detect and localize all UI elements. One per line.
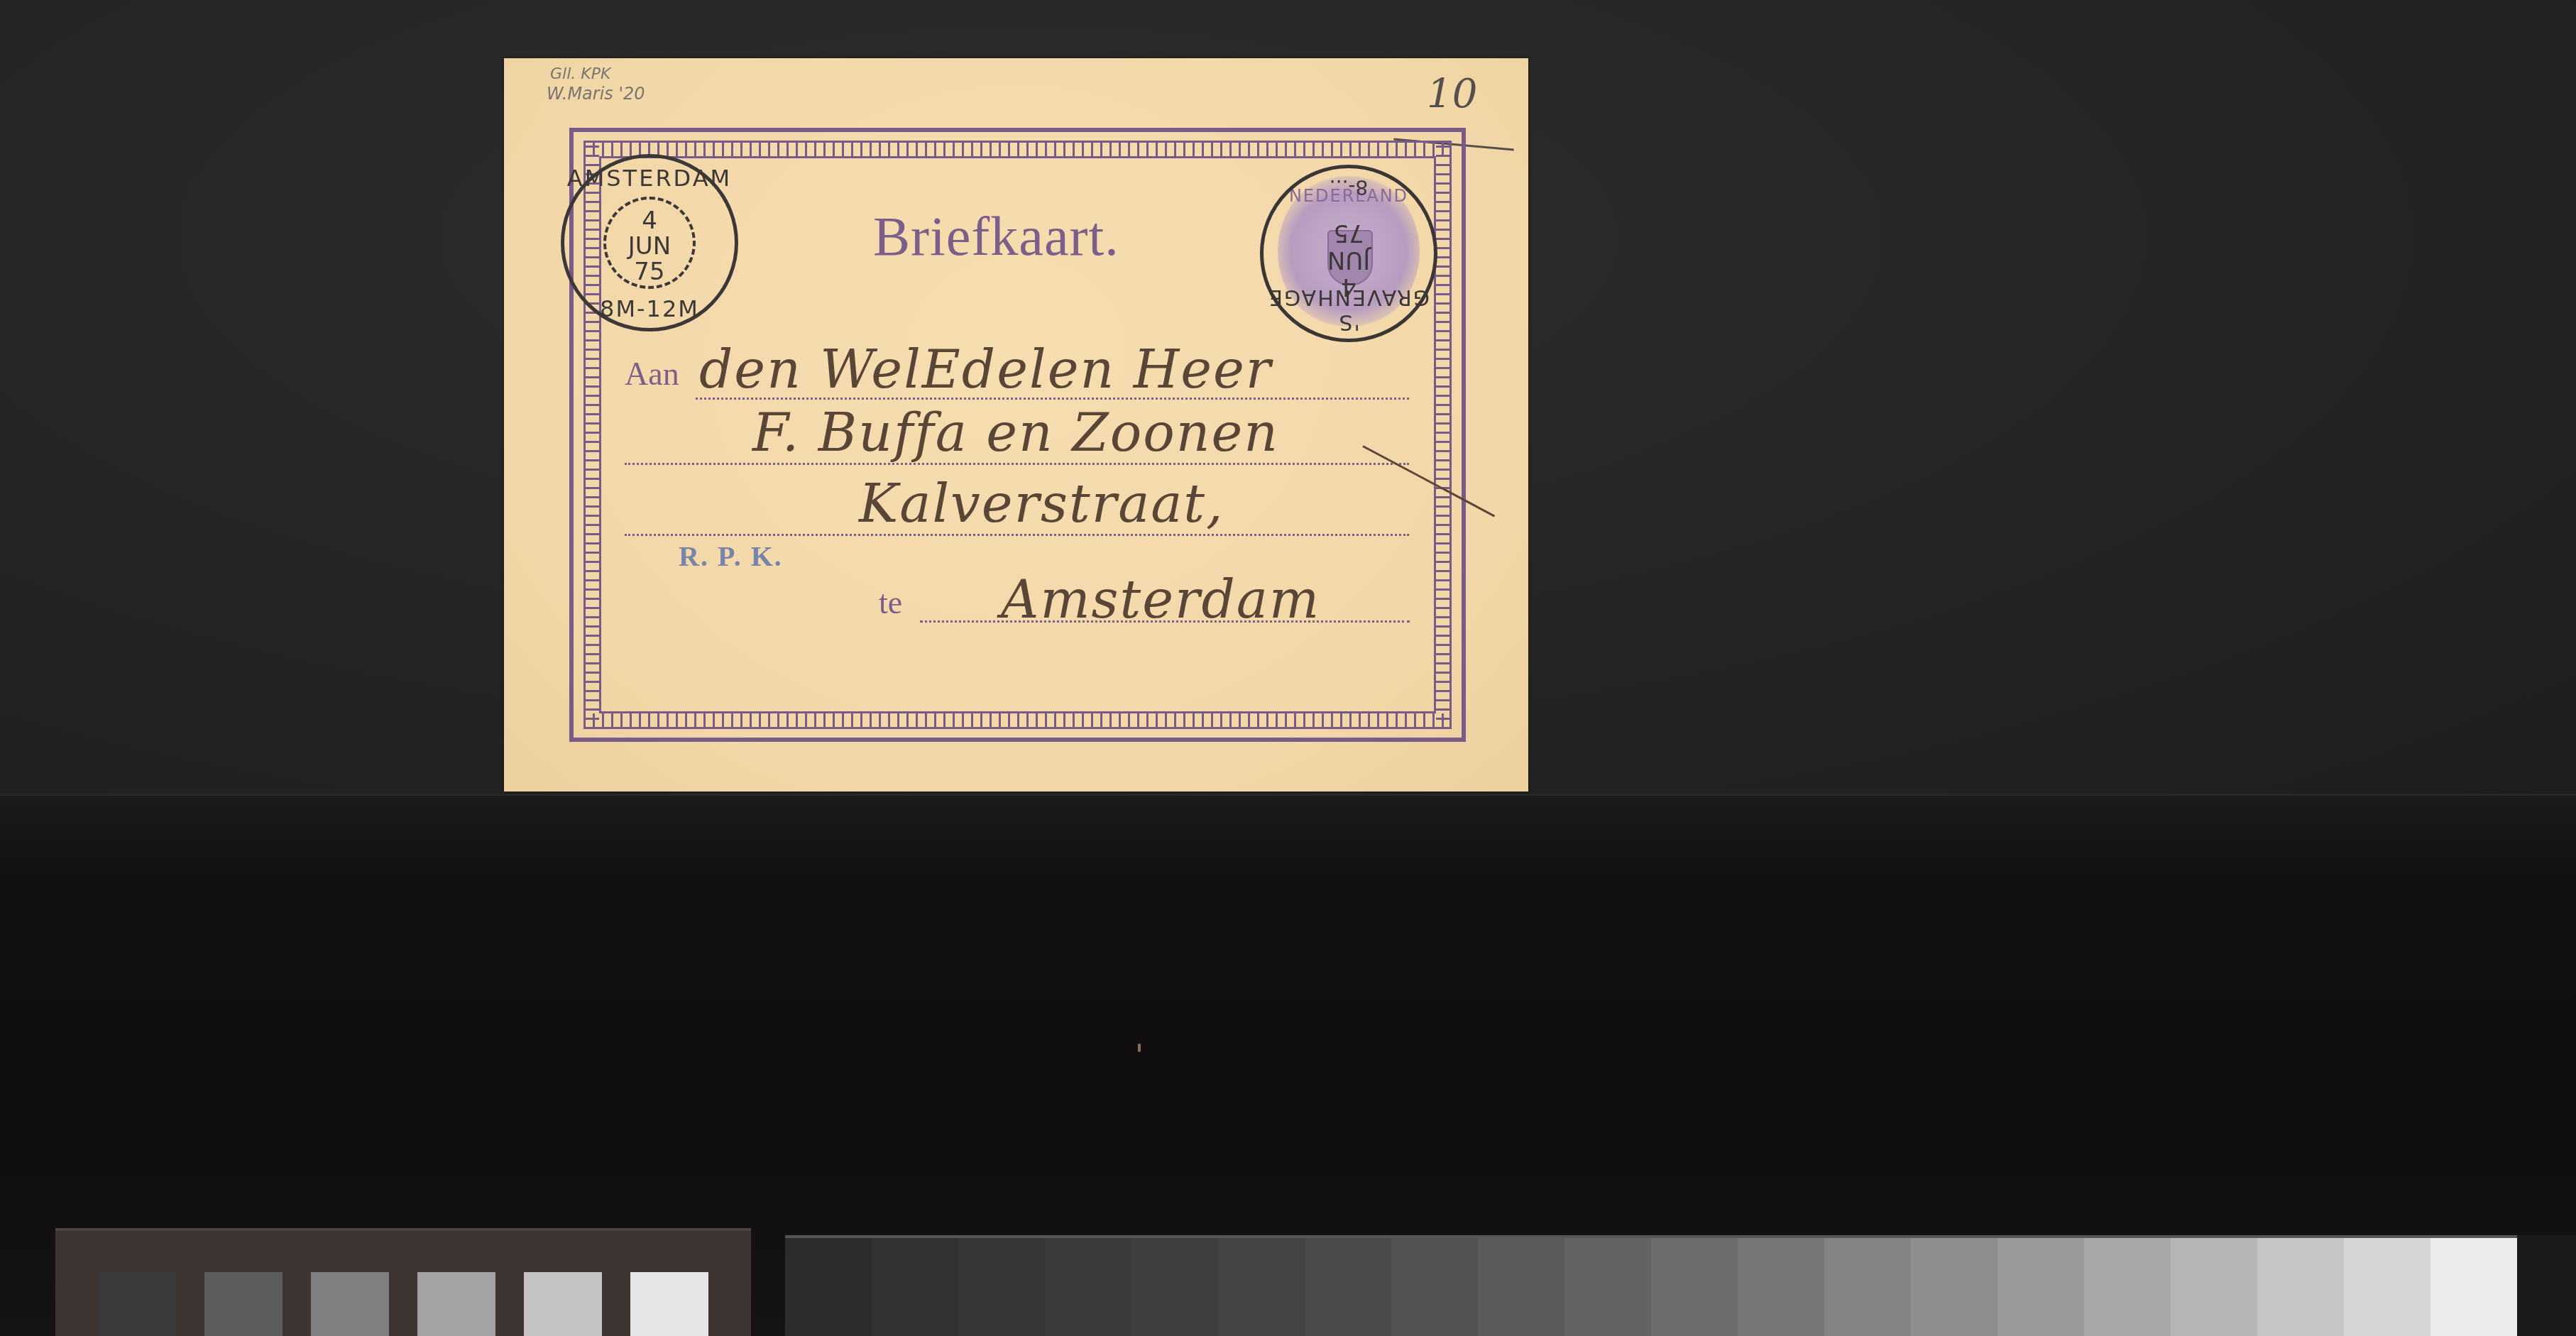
gray-step	[1045, 1238, 1131, 1336]
gray-patch	[417, 1272, 495, 1336]
postcard: Gll. KPK W.Maris '20 10 Briefkaart. Aan …	[504, 58, 1528, 792]
gray-step	[785, 1238, 872, 1336]
gray-patch	[98, 1272, 176, 1336]
gray-step	[1478, 1238, 1564, 1336]
gray-patch	[204, 1272, 283, 1336]
gray-step	[958, 1238, 1045, 1336]
postmark-time: 8M-12M	[564, 295, 735, 322]
label-at: te	[879, 584, 902, 621]
postmark-day: 4	[564, 209, 735, 233]
gray-step	[2257, 1238, 2344, 1336]
gray-patch	[630, 1272, 708, 1336]
postmark-year: 75	[1264, 221, 1434, 245]
gray-step	[1391, 1238, 1478, 1336]
gray-step	[872, 1238, 958, 1336]
rpk-stamp: R. P. K.	[679, 540, 783, 573]
pencil-annotation-2: W.Maris '20	[547, 84, 645, 104]
color-calibration-patches	[55, 1228, 751, 1336]
gray-step	[1651, 1238, 1738, 1336]
gray-step	[1564, 1238, 1651, 1336]
gray-patch	[524, 1272, 602, 1336]
dust-speck	[1138, 1044, 1141, 1052]
postmark-time: 8-...	[1264, 175, 1434, 199]
gray-step	[1738, 1238, 1824, 1336]
pencil-number: 10	[1427, 71, 1477, 117]
gray-step	[1305, 1238, 1391, 1336]
label-to: Aan	[625, 355, 679, 393]
gray-step	[1911, 1238, 1997, 1336]
pencil-annotation-1: Gll. KPK	[550, 65, 610, 83]
postmark-year: 75	[564, 260, 735, 284]
gray-step	[1997, 1238, 2084, 1336]
gray-step	[1131, 1238, 1218, 1336]
postmark-gravenhage: 8-... 4 JUN 75 'S GRAVENHAGE	[1260, 165, 1437, 342]
calibration-edge	[2517, 1235, 2576, 1336]
gray-step	[1824, 1238, 1911, 1336]
postmark-month: JUN	[1264, 248, 1434, 272]
card-title: Briefkaart.	[873, 204, 1119, 268]
handwriting-line-2: F. Buffa en Zoonen	[752, 403, 1279, 464]
handwriting-line-4: Amsterdam	[1001, 569, 1320, 630]
gray-step	[2171, 1238, 2257, 1336]
gray-step	[2430, 1238, 2517, 1336]
handwriting-line-1: den WelEdelen Heer	[699, 339, 1272, 400]
postmark-city: AMSTERDAM	[564, 165, 735, 192]
gray-step	[2084, 1238, 2171, 1336]
postmark-amsterdam: AMSTERDAM 4 JUN 75 8M-12M	[561, 154, 738, 332]
gray-step	[2344, 1238, 2430, 1336]
postmark-month: JUN	[564, 234, 735, 258]
handwriting-line-3: Kalverstraat,	[859, 473, 1224, 535]
gray-scale-strip	[785, 1235, 2517, 1336]
gray-patch	[311, 1272, 389, 1336]
gray-step	[1218, 1238, 1305, 1336]
postmark-city: 'S GRAVENHAGE	[1264, 285, 1434, 334]
